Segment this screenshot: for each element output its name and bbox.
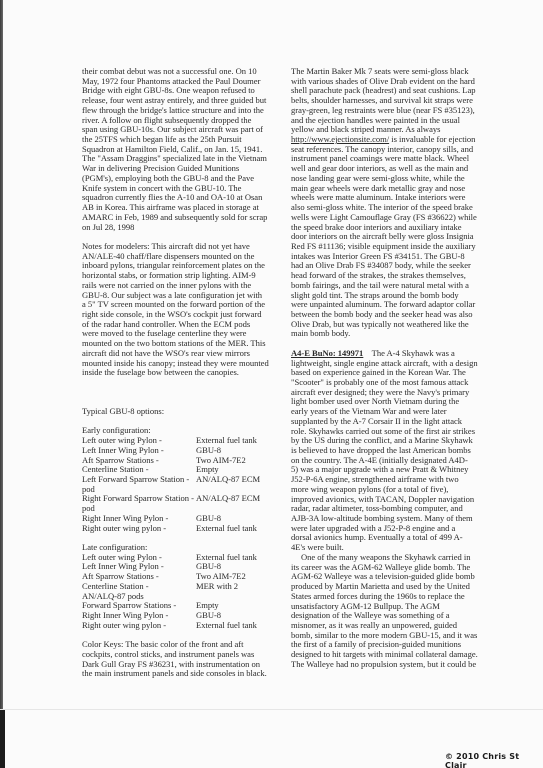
color-keys-paragraph: Color Keys: The basic color of the front… <box>82 640 282 679</box>
early-config-table: Early configuration: Left outer wing Pyl… <box>82 426 282 533</box>
load: AN/ALQ-87 ECM <box>196 494 282 504</box>
options-title: Typical GBU-8 options: <box>82 407 282 417</box>
color-notes-paragraph: seat references. The canopy interior, ca… <box>291 145 491 339</box>
a4e-first-line: The A-4 Skyhawk was a <box>363 348 454 358</box>
intro-paragraph: their combat debut was not a successful … <box>82 67 282 232</box>
ejectionsite-link[interactable]: http://www.ejectionsite.com/ <box>291 134 389 144</box>
walleye-paragraph: One of the many weapons the Skyhawk carr… <box>291 553 491 670</box>
config-row: Right outer wing pylon -External fuel ta… <box>82 524 282 534</box>
station: Right Forward Sparrow Station - <box>82 494 196 504</box>
a4e-paragraph: lightweight, single engine attack aircra… <box>291 359 491 553</box>
left-column: their combat debut was not a successful … <box>82 67 282 679</box>
scan-bottom-edge <box>0 710 5 768</box>
load: External fuel tank <box>196 524 282 534</box>
load: MER with 2 <box>196 582 282 592</box>
scan-left-edge <box>0 0 3 768</box>
config-row: Right outer wing pylon -External fuel ta… <box>82 621 282 631</box>
copyright-watermark: © 2010 Chris St Clair <box>445 752 543 768</box>
right-column: The Martin Baker Mk 7 seats were semi-gl… <box>291 67 491 670</box>
late-config-table: Late configuration: Left outer wing Pylo… <box>82 543 282 630</box>
station: Left Forward Sparrow Station - <box>82 475 196 485</box>
seats-paragraph: The Martin Baker Mk 7 seats were semi-gl… <box>291 67 491 135</box>
modeler-notes-paragraph: Notes for modelers: This aircraft did no… <box>82 242 282 378</box>
config-row: Right Forward Sparrow Station -AN/ALQ-87… <box>82 494 282 504</box>
station: Right outer wing pylon - <box>82 621 196 631</box>
load: External fuel tank <box>196 621 282 631</box>
load: AN/ALQ-87 ECM <box>196 475 282 485</box>
station: Right outer wing pylon - <box>82 524 196 534</box>
config-row: Left Forward Sparrow Station -AN/ALQ-87 … <box>82 475 282 485</box>
link-suffix: is invaluable for ejection <box>389 134 475 144</box>
a4e-heading: A4-E BuNo: 149971 <box>291 348 363 358</box>
scan-fold-line <box>0 709 543 710</box>
